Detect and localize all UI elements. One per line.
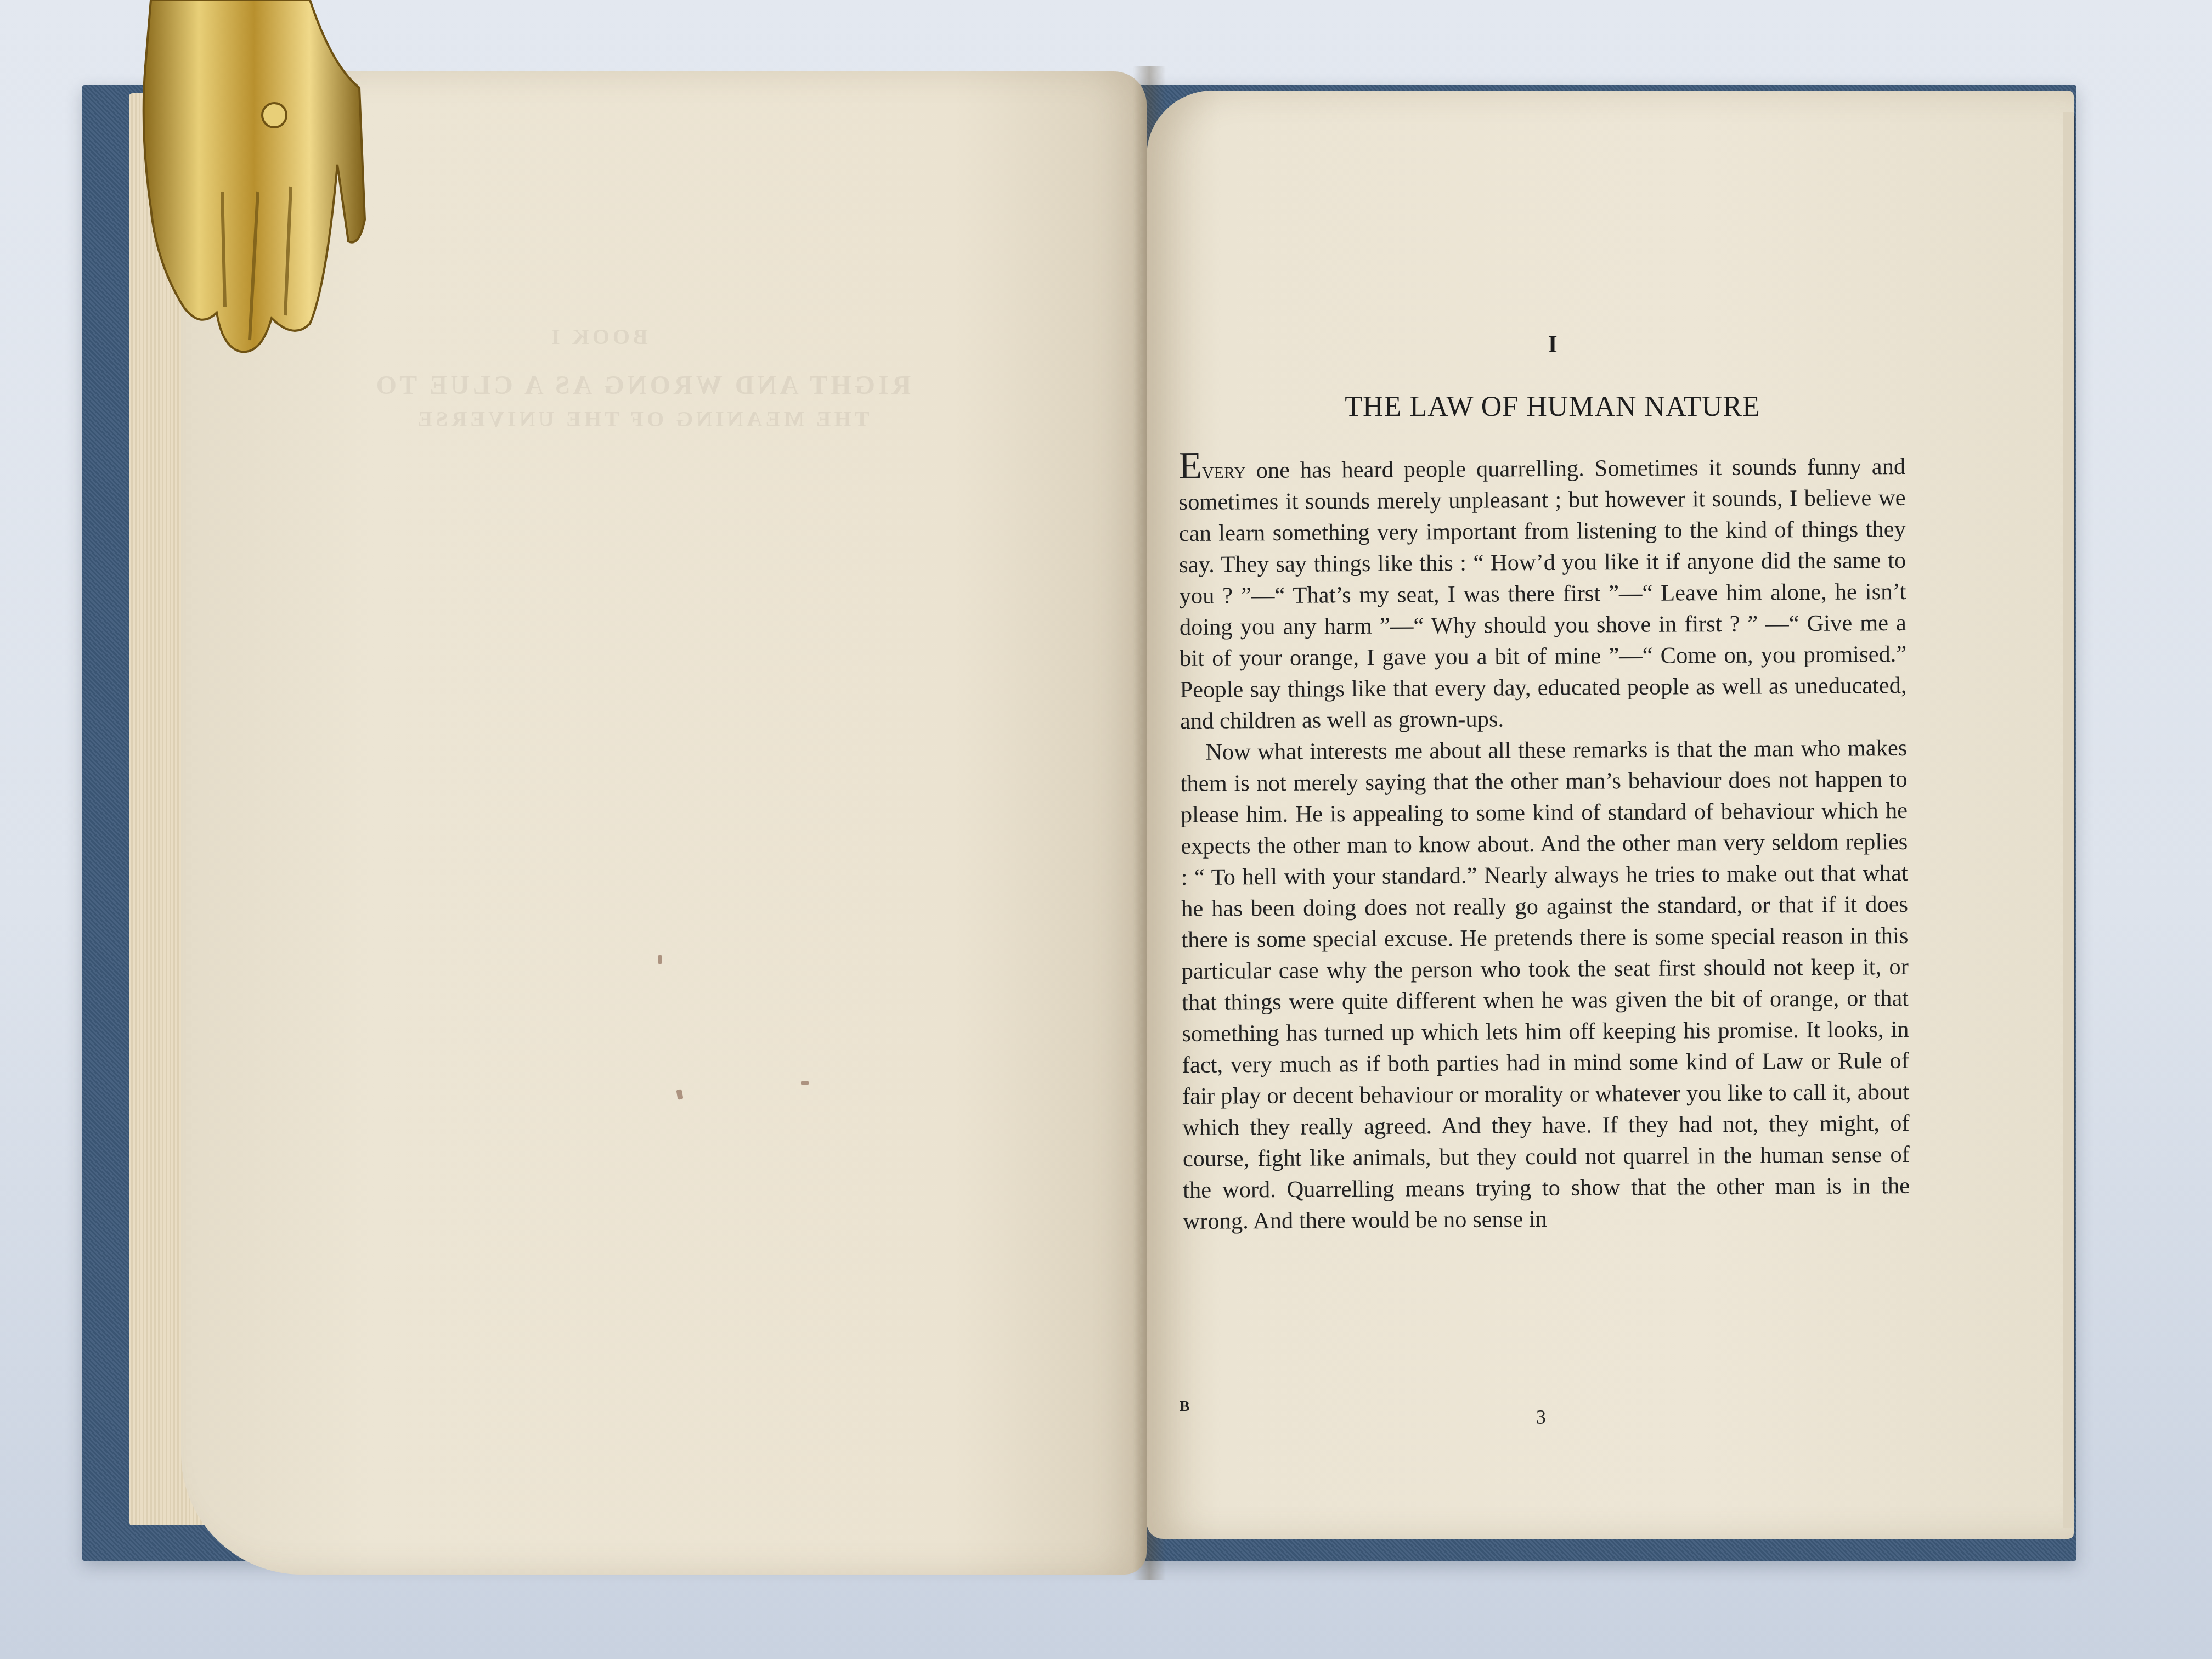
chapter-title: THE LAW OF HUMAN NATURE xyxy=(1180,391,1926,423)
right-page-edge xyxy=(2063,112,2074,1528)
chapter-number: I xyxy=(1542,330,1564,358)
drop-cap: E xyxy=(1178,445,1202,487)
small-caps-lead: very xyxy=(1202,458,1246,483)
page-number: 3 xyxy=(1536,1406,1546,1429)
paper-speck xyxy=(801,1081,809,1085)
paragraph-1: Every one has heard people quarrelling. … xyxy=(1178,451,1907,737)
paper-speck xyxy=(658,955,662,964)
signature-mark: B xyxy=(1180,1398,1190,1415)
showthrough-title-line-1: RIGHT AND WRONG AS A CLUE TO xyxy=(230,370,1053,400)
paragraph-1-text: one has heard people quarrelling. Someti… xyxy=(1178,454,1906,734)
paper-speck xyxy=(676,1089,684,1099)
showthrough-title-line-2: THE MEANING OF THE UNIVERSE xyxy=(324,406,960,432)
brass-hand-bookmark-icon[interactable] xyxy=(129,0,376,362)
chapter-body: Every one has heard people quarrelling. … xyxy=(1178,451,1910,1237)
paragraph-2: Now what interests me about all these re… xyxy=(1180,732,1910,1237)
showthrough-book-label: BOOK I xyxy=(488,324,708,349)
